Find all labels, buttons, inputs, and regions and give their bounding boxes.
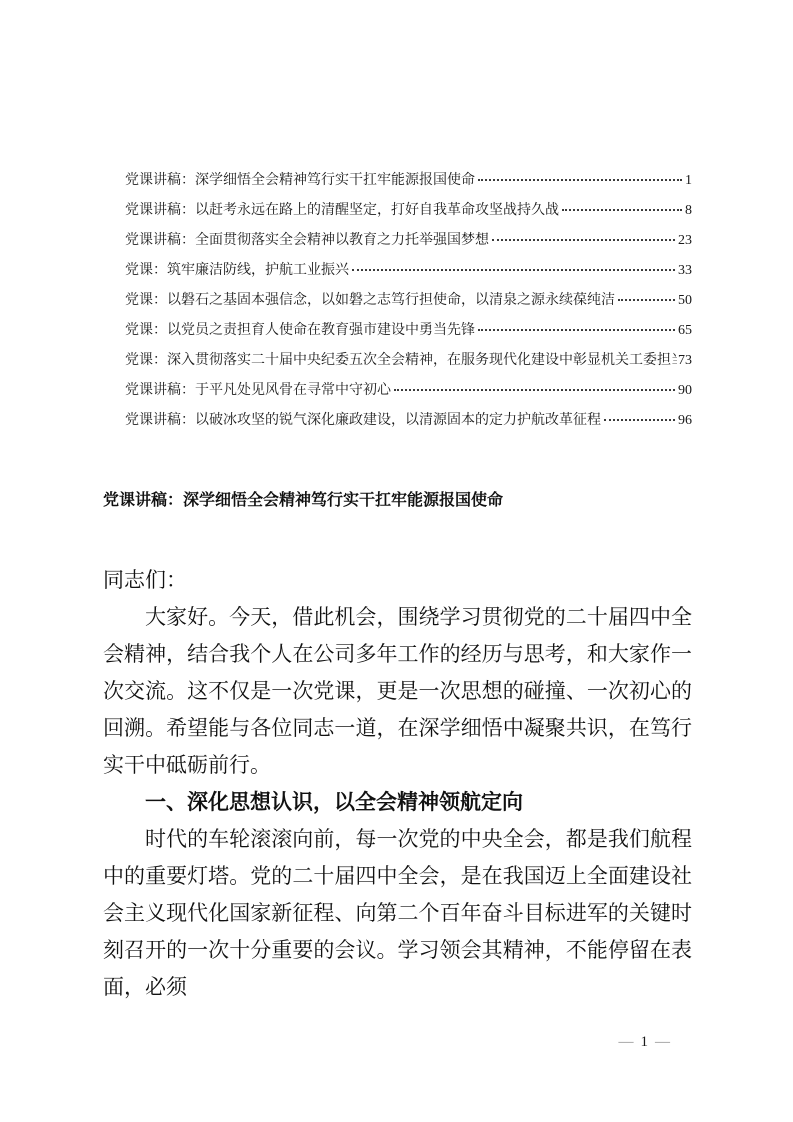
toc-item-title: 党课讲稿：于平凡处见风骨在寻常中守初心	[125, 379, 391, 399]
toc-dot-leader	[492, 239, 675, 241]
document-title: 党课讲稿：深学细悟全会精神笃行实干扛牢能源报国使命	[103, 491, 692, 511]
document-body: 同志们： 大家好。今天，借此机会，围绕学习贯彻党的二十届四中全会精神，结合我个人…	[103, 562, 692, 1006]
toc-item-title: 党课讲稿：全面贯彻落实全会精神以教育之力托举强国梦想	[125, 229, 489, 249]
toc-item[interactable]: 党课讲稿：以破冰攻坚的锐气深化廉政建设，以清源固本的定力护航改革征程96	[125, 409, 692, 439]
page-number: 1	[641, 1031, 649, 1053]
toc-item-page-number: 50	[678, 293, 692, 309]
toc-item-title: 党课：筑牢廉洁防线，护航工业振兴	[125, 259, 349, 279]
toc-item-page-number: 73	[678, 353, 692, 369]
toc-dot-leader	[394, 389, 675, 391]
page-footer: — 1 —	[619, 1031, 671, 1053]
toc-item-page-number: 33	[678, 263, 692, 279]
table-of-contents: 党课讲稿：深学细悟全会精神笃行实干扛牢能源报国使命1党课讲稿：以赶考永远在路上的…	[125, 169, 692, 439]
toc-item[interactable]: 党课讲稿：于平凡处见风骨在寻常中守初心90	[125, 379, 692, 409]
toc-item-title: 党课：以党员之责担育人使命在教育强市建设中勇当先锋	[125, 319, 475, 339]
toc-dot-leader	[618, 299, 675, 301]
toc-item-title: 党课：深入贯彻落实二十届中央纪委五次全会精神，在服务现代化建设中彰显机关工委担当	[125, 349, 677, 369]
toc-dot-leader	[352, 269, 675, 271]
toc-dot-leader	[478, 329, 675, 331]
toc-item-page-number: 23	[678, 233, 692, 249]
toc-item-page-number: 8	[685, 203, 692, 219]
toc-item[interactable]: 党课：筑牢廉洁防线，护航工业振兴33	[125, 259, 692, 289]
toc-item-title: 党课讲稿：以赶考永远在路上的清醒坚定，打好自我革命攻坚战持久战	[125, 199, 559, 219]
paragraph-2: 时代的车轮滚滚向前，每一次党的中央全会，都是我们航程中的重要灯塔。党的二十届四中…	[103, 821, 692, 1006]
paragraph-1: 大家好。今天，借此机会，围绕学习贯彻党的二十届四中全会精神，结合我个人在公司多年…	[103, 599, 692, 784]
toc-item[interactable]: 党课讲稿：深学细悟全会精神笃行实干扛牢能源报国使命1	[125, 169, 692, 199]
toc-dot-leader	[604, 419, 675, 421]
toc-item[interactable]: 党课讲稿：以赶考永远在路上的清醒坚定，打好自我革命攻坚战持久战8	[125, 199, 692, 229]
toc-item-page-number: 1	[685, 173, 692, 189]
footer-dash-left: —	[619, 1031, 634, 1053]
toc-item-page-number: 96	[678, 413, 692, 429]
toc-item-title: 党课讲稿：深学细悟全会精神笃行实干扛牢能源报国使命	[125, 169, 475, 189]
section-heading-1: 一、深化思想认识，以全会精神领航定向	[103, 784, 692, 821]
toc-dot-leader	[478, 179, 682, 181]
toc-dot-leader	[562, 209, 682, 211]
toc-item-page-number: 65	[678, 323, 692, 339]
greeting: 同志们：	[103, 562, 692, 599]
toc-item-page-number: 90	[678, 383, 692, 399]
toc-item[interactable]: 党课讲稿：全面贯彻落实全会精神以教育之力托举强国梦想23	[125, 229, 692, 259]
toc-item-title: 党课讲稿：以破冰攻坚的锐气深化廉政建设，以清源固本的定力护航改革征程	[125, 409, 601, 429]
toc-item[interactable]: 党课：以党员之责担育人使命在教育强市建设中勇当先锋65	[125, 319, 692, 349]
toc-item[interactable]: 党课：以磐石之基固本强信念，以如磐之志笃行担使命，以清泉之源永续葆纯洁50	[125, 289, 692, 319]
footer-dash-right: —	[655, 1031, 670, 1053]
document-page: 党课讲稿：深学细悟全会精神笃行实干扛牢能源报国使命1党课讲稿：以赶考永远在路上的…	[0, 0, 793, 1122]
toc-item-title: 党课：以磐石之基固本强信念，以如磐之志笃行担使命，以清泉之源永续葆纯洁	[125, 289, 615, 309]
toc-item[interactable]: 党课：深入贯彻落实二十届中央纪委五次全会精神，在服务现代化建设中彰显机关工委担当…	[125, 349, 692, 379]
